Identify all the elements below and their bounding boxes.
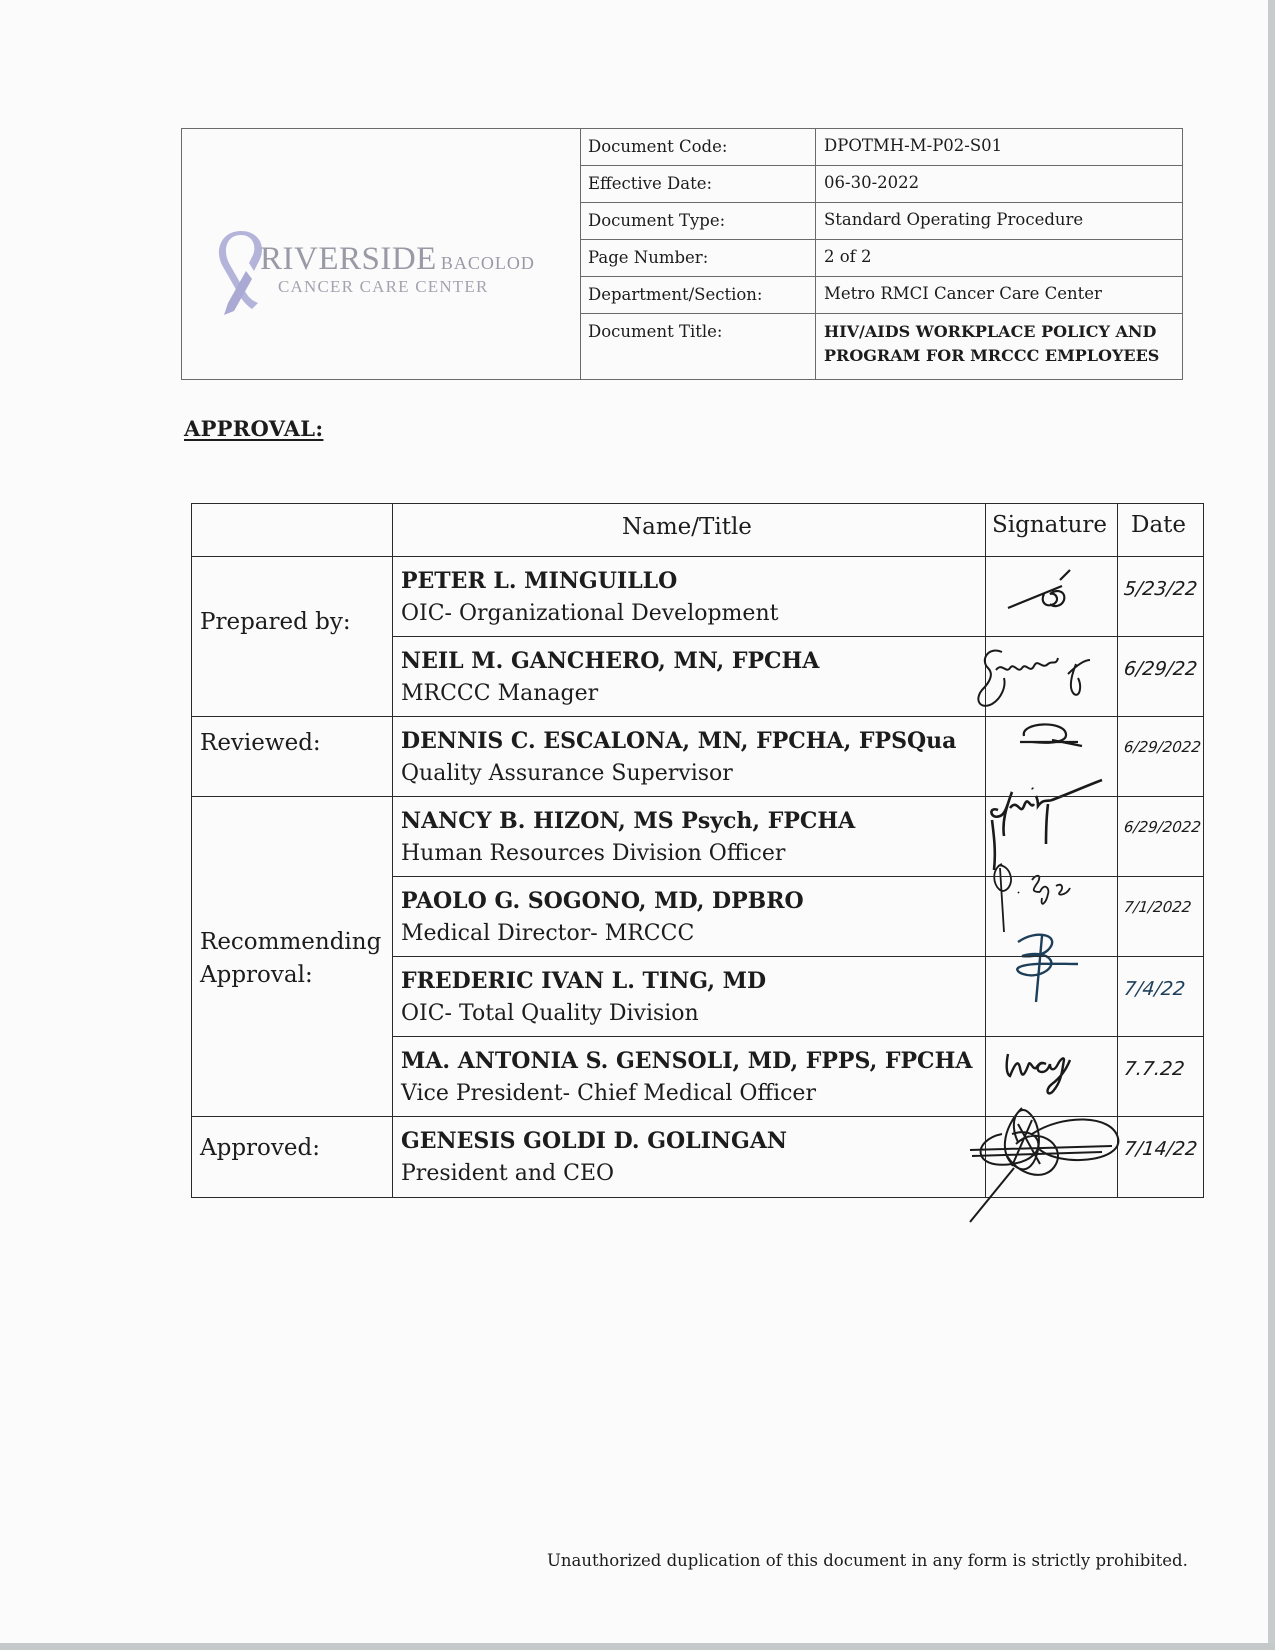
column-divider: [392, 504, 393, 1197]
signature-ganchero: [972, 634, 1112, 724]
riverside-logo: RIVERSIDEBACOLOD CANCER CARE CENTER: [216, 231, 576, 311]
approver-entry: PAOLO G. SOGONO, MD, DPBROMedical Direct…: [401, 884, 981, 950]
handwritten-date: 7.7.22: [1123, 1058, 1186, 1080]
meta-value: Metro RMCI Cancer Care Center: [815, 277, 1182, 313]
handwritten-date: 6/29/2022: [1123, 738, 1202, 756]
logo-brand: RIVERSIDEBACOLOD: [260, 241, 535, 278]
approver-name: DENNIS C. ESCALONA, MN, FPCHA, FPSQua: [401, 724, 981, 758]
row-divider: [392, 956, 1203, 957]
approver-title: MRCCC Manager: [401, 678, 981, 710]
meta-label: Effective Date:: [588, 174, 712, 193]
handwritten-date: 7/4/22: [1123, 978, 1186, 1000]
group-label-recommending: Recommending Approval:: [200, 926, 381, 992]
row-divider: [392, 636, 1203, 637]
handwritten-date: 7/1/2022: [1123, 898, 1192, 916]
approver-name: MA. ANTONIA S. GENSOLI, MD, FPPS, FPCHA: [401, 1044, 981, 1078]
handwritten-date: 5/23/22: [1123, 578, 1199, 600]
approver-name: GENESIS GOLDI D. GOLINGAN: [401, 1124, 981, 1158]
handwritten-date: 7/14/22: [1123, 1138, 1199, 1160]
approver-entry: NANCY B. HIZON, MS Psych, FPCHAHuman Res…: [401, 804, 981, 870]
approver-entry: GENESIS GOLDI D. GOLINGANPresident and C…: [401, 1124, 981, 1190]
awareness-ribbon-icon: [216, 231, 266, 315]
approver-name: NANCY B. HIZON, MS Psych, FPCHA: [401, 804, 981, 838]
scan-edge-right: [1268, 0, 1275, 1650]
meta-label: Document Code:: [588, 137, 727, 156]
approver-title: Human Resources Division Officer: [401, 838, 981, 870]
logo-brand-main: RIVERSIDE: [260, 241, 437, 277]
approver-entry: PETER L. MINGUILLOOIC- Organizational De…: [401, 564, 981, 630]
approver-entry: MA. ANTONIA S. GENSOLI, MD, FPPS, FPCHAV…: [401, 1044, 981, 1110]
group-label-reviewed: Reviewed:: [200, 727, 321, 760]
approver-title: OIC- Total Quality Division: [401, 998, 981, 1030]
meta-row-document-code: Document Code: DPOTMH-M-P02-S01: [580, 129, 1182, 166]
meta-row-effective-date: Effective Date: 06-30-2022: [580, 166, 1182, 203]
meta-value: 06-30-2022: [815, 166, 1182, 202]
row-divider: [392, 876, 1203, 877]
meta-label: Department/Section:: [588, 285, 762, 304]
document-control-table: RIVERSIDEBACOLOD CANCER CARE CENTER Docu…: [181, 128, 1183, 380]
approver-name: PAOLO G. SOGONO, MD, DPBRO: [401, 884, 981, 918]
approver-title: OIC- Organizational Development: [401, 598, 981, 630]
meta-row-page-number: Page Number: 2 of 2: [580, 240, 1182, 277]
row-divider: [192, 796, 1203, 797]
meta-value: 2 of 2: [815, 240, 1182, 276]
signature-sogono: [982, 854, 1112, 934]
approver-entry: NEIL M. GANCHERO, MN, FPCHAMRCCC Manager: [401, 644, 981, 710]
approver-title: Vice President- Chief Medical Officer: [401, 1078, 981, 1110]
column-header-date: Date: [1131, 512, 1186, 538]
handwritten-date: 6/29/22: [1123, 658, 1199, 680]
document-title: HIV/AIDS WORKPLACE POLICY AND PROGRAM FO…: [815, 314, 1182, 380]
meta-row-department: Department/Section: Metro RMCI Cancer Ca…: [580, 277, 1182, 314]
approver-entry: FREDERIC IVAN L. TING, MDOIC- Total Qual…: [401, 964, 981, 1030]
column-header-signature: Signature: [992, 512, 1107, 538]
group-label-approved: Approved:: [200, 1132, 320, 1165]
approver-name: FREDERIC IVAN L. TING, MD: [401, 964, 981, 998]
meta-label: Page Number:: [588, 248, 708, 267]
duplication-notice: Unauthorized duplication of this documen…: [547, 1551, 1188, 1570]
approver-title: President and CEO: [401, 1158, 981, 1190]
logo-cell: RIVERSIDEBACOLOD CANCER CARE CENTER: [182, 129, 581, 379]
meta-value: Standard Operating Procedure: [815, 203, 1182, 239]
row-divider: [392, 1036, 1203, 1037]
row-divider: [192, 1116, 1203, 1117]
approver-name: PETER L. MINGUILLO: [401, 564, 981, 598]
approver-title: Quality Assurance Supervisor: [401, 758, 981, 790]
meta-label: Document Type:: [588, 211, 725, 230]
meta-row-document-type: Document Type: Standard Operating Proced…: [580, 203, 1182, 240]
column-header-name-title: Name/Title: [622, 514, 752, 540]
signature-minguillo: [992, 560, 1112, 636]
signature-ting: [1002, 926, 1102, 1006]
scan-edge-bottom: [0, 1643, 1275, 1650]
signature-escalona: [1012, 714, 1102, 754]
approval-table: Name/Title Signature Date Prepared by: R…: [191, 503, 1204, 1198]
row-divider: [192, 716, 1203, 717]
approver-title: Medical Director- MRCCC: [401, 918, 981, 950]
meta-label: Document Title:: [588, 322, 722, 341]
approver-name: NEIL M. GANCHERO, MN, FPCHA: [401, 644, 981, 678]
signature-golingan: [962, 1094, 1122, 1224]
approval-heading: APPROVAL:: [184, 416, 323, 441]
meta-row-document-title: Document Title: HIV/AIDS WORKPLACE POLIC…: [580, 314, 1182, 380]
meta-value: DPOTMH-M-P02-S01: [815, 129, 1182, 165]
header-row-divider: [192, 556, 1203, 557]
logo-subtitle: CANCER CARE CENTER: [278, 277, 489, 297]
logo-brand-suffix: BACOLOD: [441, 253, 535, 273]
handwritten-date: 6/29/2022: [1123, 818, 1202, 836]
approver-entry: DENNIS C. ESCALONA, MN, FPCHA, FPSQuaQua…: [401, 724, 981, 790]
group-label-prepared: Prepared by:: [200, 606, 351, 639]
